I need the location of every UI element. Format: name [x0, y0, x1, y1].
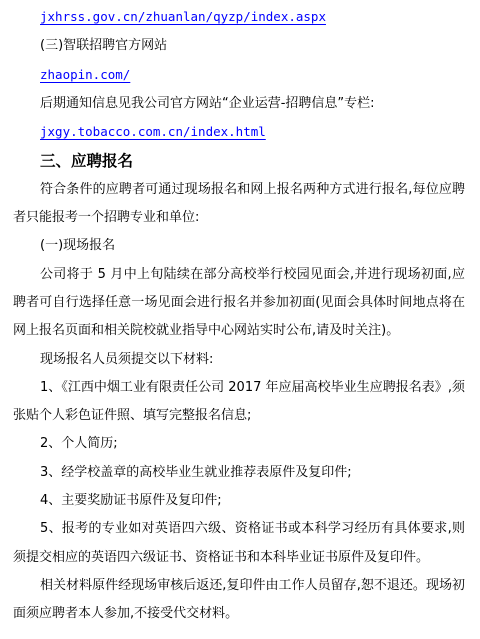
paragraph-material-item-4: 4、主要奖励证书原件及复印件;: [13, 487, 465, 515]
document-body: jxhrss.gov.cn/zhuanlan/qyzp/index.aspx (…: [0, 0, 480, 629]
paragraph-company-site-note: 后期通知信息见我公司官方网站“企业运营-招聘信息”专栏:: [13, 90, 465, 118]
jxhrss-url-link[interactable]: jxhrss.gov.cn/zhuanlan/qyzp/index.aspx: [40, 9, 326, 24]
zhaopin-url-link[interactable]: zhaopin.com/: [40, 67, 130, 82]
paragraph-link-zhaopin: zhaopin.com/: [13, 61, 465, 90]
paragraph-material-item-5: 5、报考的专业如对英语四六级、资格证书或本科学习经历有具体要求,则须提交相应的英…: [13, 515, 465, 572]
paragraph-link-tobacco: jxgy.tobacco.com.cn/index.html: [13, 118, 465, 147]
paragraph-materials-intro: 现场报名人员须提交以下材料:: [13, 346, 465, 374]
paragraph-link-jxhrss: jxhrss.gov.cn/zhuanlan/qyzp/index.aspx: [13, 3, 465, 32]
paragraph-onsite-detail: 公司将于 5 月中上旬陆续在部分高校举行校园见面会,并进行现场初面,应聘者可自行…: [13, 261, 465, 346]
paragraph-materials-return-note: 相关材料原件经现场审核后返还,复印件由工作人员留存,恕不退还。现场初面须应聘者本…: [13, 572, 465, 629]
tobacco-url-link[interactable]: jxgy.tobacco.com.cn/index.html: [40, 124, 266, 139]
subheading-onsite-registration: (一)现场报名: [13, 232, 465, 260]
section-heading-registration: 三、应聘报名: [13, 147, 465, 175]
paragraph-registration-intro: 符合条件的应聘者可通过现场报名和网上报名两种方式进行报名,每位应聘者只能报考一个…: [13, 176, 465, 233]
paragraph-material-item-3: 3、经学校盖章的高校毕业生就业推荐表原件及复印件;: [13, 459, 465, 487]
paragraph-zhilian-site-label: (三)智联招聘官方网站: [13, 32, 465, 60]
paragraph-material-item-2: 2、个人简历;: [13, 430, 465, 458]
paragraph-material-item-1: 1、《江西中烟工业有限责任公司 2017 年应届高校毕业生应聘报名表》,须张贴个…: [13, 374, 465, 431]
